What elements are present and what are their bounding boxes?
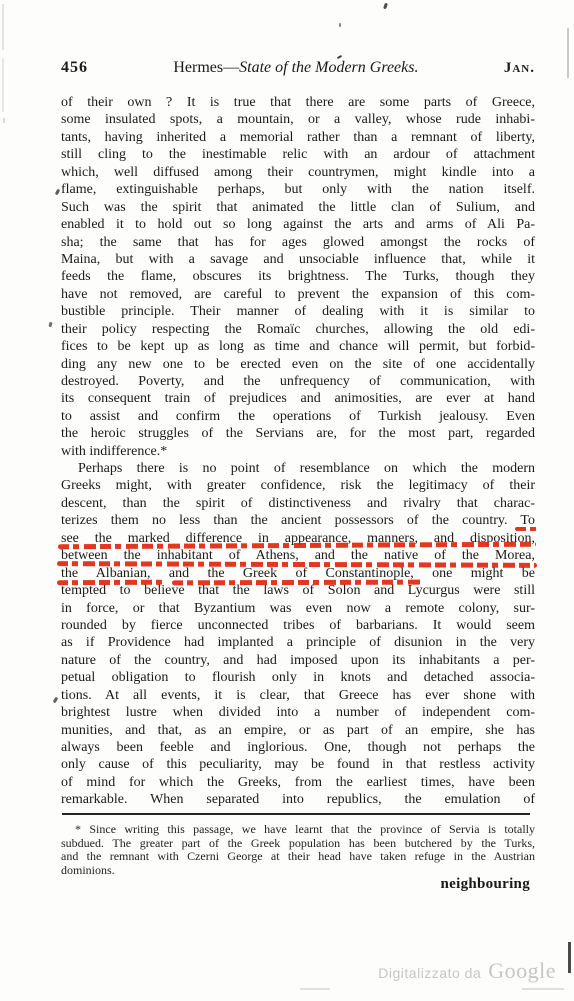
text-line: its consequent train of prejudices and a…	[61, 390, 535, 407]
text-line: tants, having inherited a memorial rathe…	[61, 129, 535, 146]
scan-artifact	[300, 988, 330, 990]
text-line: as if Providence had implanted a princip…	[61, 634, 535, 651]
text-line: some insulated spots, a mountain, or a v…	[61, 111, 535, 128]
text-line: nature of the country, and had imposed u…	[61, 652, 535, 669]
text-line: of mind for which the Greeks, from the e…	[61, 774, 535, 791]
page-number: 456	[61, 59, 88, 77]
text-line: rounded by fierce unconnected tribes of …	[61, 617, 535, 634]
running-title-italic: State of the Modern Greeks.	[239, 59, 418, 76]
running-title: Hermes—State of the Modern Greeks.	[173, 59, 418, 77]
scan-artifact	[339, 23, 341, 27]
text-line: and the remnant with Czerni George at th…	[61, 850, 535, 864]
text-line: Such was the spirit that animated the li…	[61, 199, 535, 216]
red-underline-annotation	[57, 580, 163, 586]
text-line: brightest lustre when divided into a num…	[61, 704, 535, 721]
text-line: munities, and that, as an empire, or as …	[61, 722, 535, 739]
scan-artifact	[3, 118, 5, 123]
text-line: ding any new one to be erected even on t…	[61, 356, 535, 373]
text-line: feeds the flame, obscures its brightness…	[61, 268, 535, 285]
text-line: tions. At all events, it is clear, that …	[61, 687, 535, 704]
text-line: Maina, but with a savage and unsociable …	[61, 251, 535, 268]
running-header: 456 Hermes—State of the Modern Greeks. J…	[61, 59, 535, 77]
text-line: only cause of this peculiarity, may be f…	[61, 756, 535, 773]
scan-artifact	[48, 322, 52, 328]
text-line: enabled it to hold out so long against t…	[61, 216, 535, 233]
text-line: of their own ? It is true that there are…	[61, 94, 535, 111]
issue-month: Jan.	[504, 60, 535, 77]
scan-artifact	[568, 942, 571, 973]
text-line: to assist and confirm the operations of …	[61, 408, 535, 425]
text-line: still cling to the inestimable relic wit…	[61, 146, 535, 163]
footnote-rule	[62, 813, 530, 815]
text-line: their policy respecting the Romaïc churc…	[61, 321, 535, 338]
text-line: Perhaps there is no point of resemblance…	[61, 460, 535, 477]
scan-artifact	[2, 4, 4, 50]
body-paragraph-1: of their own ? It is true that there are…	[61, 94, 535, 460]
scan-artifact	[55, 189, 60, 196]
scan-artifact	[53, 697, 59, 704]
red-underline-annotation	[172, 580, 422, 586]
text-line: with indifference.*	[61, 443, 535, 460]
watermark-prefix: Digitalizzato da	[378, 965, 481, 981]
scan-artifact	[522, 988, 564, 990]
text-line: have not removed, are careful to prevent…	[61, 286, 535, 303]
body-paragraph-2: Perhaps there is no point of resemblance…	[61, 460, 535, 809]
footnote: * Since writing this passage, we have le…	[61, 823, 535, 877]
scanned-book-page: 456 Hermes—State of the Modern Greeks. J…	[0, 0, 574, 1001]
digitization-watermark: Digitalizzato da Google	[378, 958, 556, 984]
scan-artifact	[2, 58, 4, 112]
text-line: in force, or that Byzantium was even now…	[61, 600, 535, 617]
scan-artifact	[567, 28, 569, 78]
google-logo-text: Google	[488, 958, 556, 984]
text-line: flame, extinguishable perhaps, but only …	[61, 181, 535, 198]
scan-artifact	[383, 3, 388, 10]
text-line: subdued. The greater part of the Greek p…	[61, 837, 535, 851]
catchword: neighbouring	[441, 876, 530, 893]
text-line: Greeks might, with greater confidence, r…	[61, 477, 535, 494]
text-line: always been feeble and inglorious. One, …	[61, 739, 535, 756]
text-line: descent, than the spirit of distinctiven…	[61, 495, 535, 512]
text-line: the heroic struggles of the Servians are…	[61, 425, 535, 442]
text-line: fices to be kept up as long as time and …	[61, 338, 535, 355]
text-line: bustible principle. Their manner of deal…	[61, 303, 535, 320]
text-line: sha; the same that has for ages glowed a…	[61, 234, 535, 251]
text-line: * Since writing this passage, we have le…	[61, 823, 535, 837]
text-line: remarkable. When separated into republic…	[61, 791, 535, 808]
text-line: petual obligation to flourish only in kn…	[61, 669, 535, 686]
text-line: terizes them no less than the ancient po…	[61, 512, 535, 529]
text-line: destroyed. Poverty, and the unfrequency …	[61, 373, 535, 390]
red-overmark-annotation	[515, 527, 537, 531]
running-title-main: Hermes—	[173, 59, 239, 76]
text-line: dominions.	[61, 864, 535, 878]
text-line: which, well diffused among their country…	[61, 164, 535, 181]
